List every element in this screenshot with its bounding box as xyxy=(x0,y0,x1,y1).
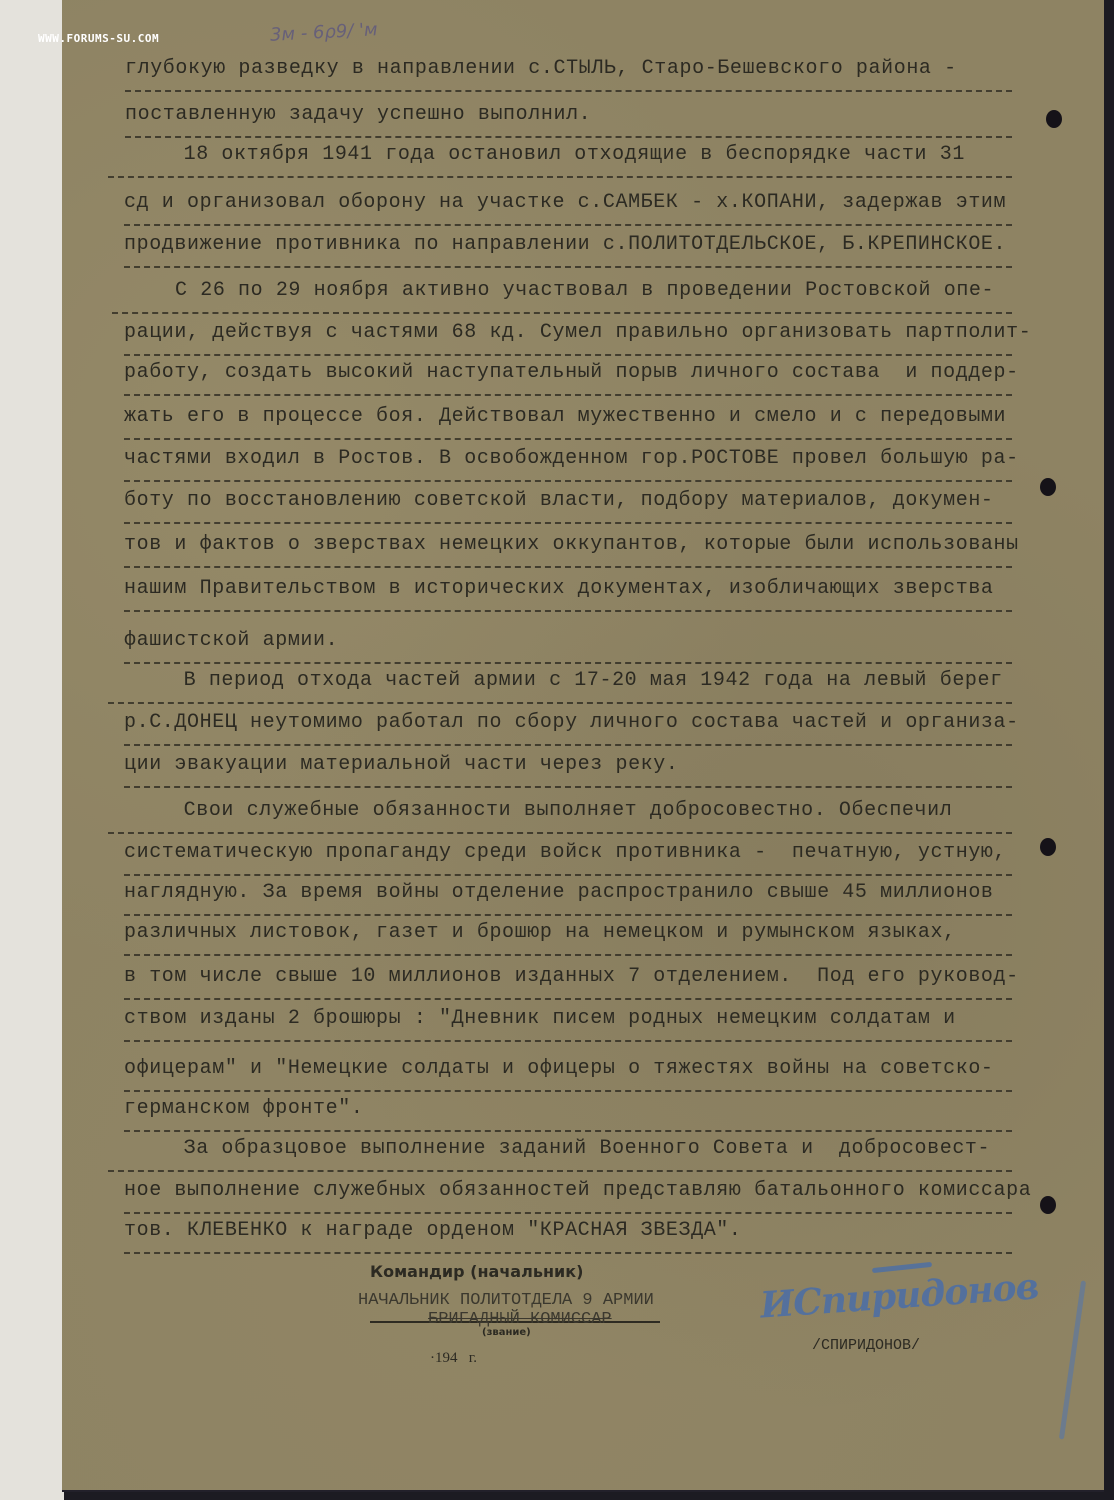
typed-line: р.С.ДОНЕЦ неутомимо работал по сбору лич… xyxy=(124,708,1012,746)
typed-line: нашим Правительством в исторических доку… xyxy=(124,574,1012,612)
date-field: ·194 г. xyxy=(430,1350,477,1367)
typed-line: ством изданы 2 брошюры : "Дневник писем … xyxy=(124,1004,1012,1042)
typed-line: работу, создать высокий наступательный п… xyxy=(124,358,1012,396)
typed-line: фашистской армии. xyxy=(124,626,1012,664)
typed-line: ное выполнение служебных обязанностей пр… xyxy=(124,1176,1012,1214)
punch-hole xyxy=(1040,478,1056,496)
typed-line: 18 октября 1941 года остановил отходящие… xyxy=(108,140,1012,178)
typed-line: боту по восстановлению советской власти,… xyxy=(124,486,1012,524)
typed-line: Свои служебные обязанности выполняет доб… xyxy=(108,796,1012,834)
punch-hole xyxy=(1046,110,1062,128)
typed-line: За образцовое выполнение заданий Военног… xyxy=(108,1134,1012,1172)
punch-hole xyxy=(1040,1196,1056,1214)
typed-line: различных листовок, газет и брошюр на не… xyxy=(124,918,1012,956)
signer-position: НАЧАЛЬНИК ПОЛИТОТДЕЛА 9 АРМИИ xyxy=(358,1291,654,1310)
typed-line: систематическую пропаганду среди войск п… xyxy=(124,838,1012,876)
typed-line: сд и организовал оборону на участке с.СА… xyxy=(124,188,1012,226)
typed-line: наглядную. За время войны отделение расп… xyxy=(124,878,1012,916)
typed-line: тов и фактов о зверствах немецких оккупа… xyxy=(124,530,1012,568)
typed-line: офицерам" и "Немецкие солдаты и офицеры … xyxy=(124,1054,1012,1092)
typed-line: поставленную задачу успешно выполнил. xyxy=(125,100,1012,138)
typed-line: германском фронте". xyxy=(124,1094,1012,1132)
rank-caption: (звание) xyxy=(482,1327,531,1338)
typed-line: С 26 по 29 ноября активно участвовал в п… xyxy=(112,276,1012,314)
typed-line: тов. КЛЕВЕНКО к награде орденом "КРАСНАЯ… xyxy=(124,1216,1012,1254)
typed-line: В период отхода частей армии с 17-20 мая… xyxy=(108,666,1012,704)
typed-line: ции эвакуации материальной части через р… xyxy=(124,750,1012,788)
typed-line: в том числе свыше 10 миллионов изданных … xyxy=(124,962,1012,1000)
commander-label: Командир (начальник) xyxy=(370,1262,583,1281)
typed-line: частями входил в Ростов. В освобожденном… xyxy=(124,444,1012,482)
typed-line: жать его в процессе боя. Действовал муже… xyxy=(124,402,1012,440)
punch-hole xyxy=(1040,838,1056,856)
typed-line: продвижение противника по направлении с.… xyxy=(124,230,1012,268)
white-margin-strip xyxy=(0,0,64,1500)
watermark: WWW.FORUMS-SU.COM xyxy=(38,32,159,45)
typed-line: рации, действуя с частями 68 кд. Сумел п… xyxy=(124,318,1012,356)
typed-line: глубокую разведку в направлении с.СТЫЛЬ,… xyxy=(125,54,1012,92)
signer-name: /СПИРИДОНОВ/ xyxy=(812,1337,920,1354)
